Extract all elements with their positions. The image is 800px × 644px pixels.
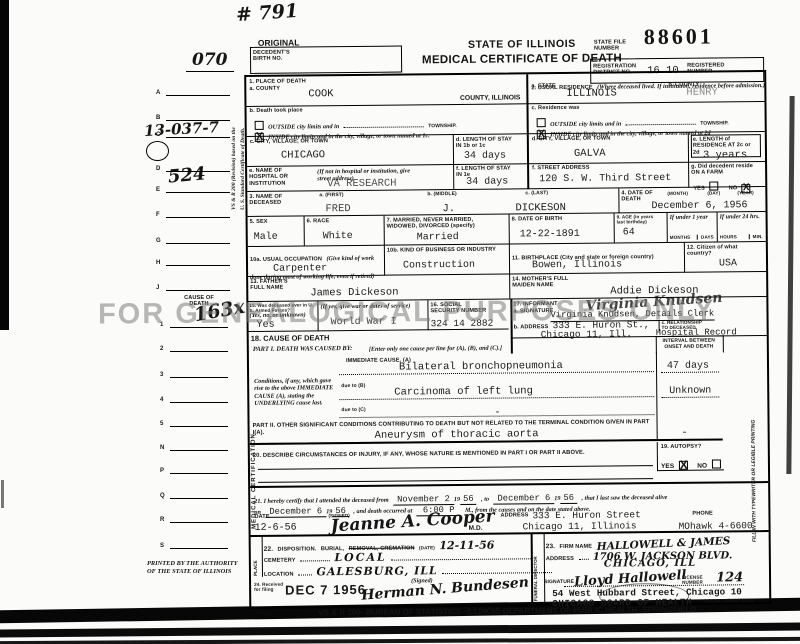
residence-length-value: 3 years [703, 149, 747, 161]
citizen-value: USA [719, 258, 737, 269]
dod-year-label: (YEAR) [737, 190, 753, 195]
field-marital-status: 7. MARRIED, NEVER MARRIED, WIDOWED, DIVO… [385, 214, 510, 245]
due-to-b-label: due to (B) [341, 384, 365, 390]
injury-line-1 [258, 465, 653, 470]
location-dotted [298, 574, 312, 575]
due-c-value: - [494, 408, 500, 419]
field-age-under-24-hrs: If under 24 hrs. HOURS MIN. [718, 212, 766, 242]
margin-line-label: J [156, 285, 159, 291]
dob-label: 8. DATE OF BIRTH [512, 216, 563, 223]
days-label: DAYS [697, 234, 714, 239]
residence-county-value: HENRY [686, 86, 718, 98]
scan-edge-right [786, 96, 794, 474]
sex-value: Male [254, 232, 278, 243]
residence-city-label: d. CITY, VILLAGE, OR TOWN [532, 136, 611, 143]
last-name-label: c. (LAST) [525, 191, 548, 197]
conditions-note: Conditions, if any, which gave rise to t… [254, 377, 334, 408]
middle-name-label: b. (MIDDLE) [427, 192, 456, 198]
margin-line: P [170, 473, 228, 474]
margin-line-label: N [160, 445, 164, 451]
cause-header: 18. CAUSE OF DEATH PART I. DEATH WAS CAU… [249, 329, 509, 355]
field-stay-1b: d. LENGTH OF STAY IN 1b or 1c 34 days [454, 134, 529, 165]
field-age-under-1-year: If under 1 year MONTHS DAYS [668, 212, 718, 242]
first-name-label: a. (FIRST) [319, 193, 343, 199]
citizen-label: 12. Citizen of what country? [687, 244, 747, 257]
hours-label: HOURS [720, 234, 737, 239]
last-name-value: DICKESON [515, 202, 566, 214]
margin-line: B [166, 120, 230, 121]
field-hospital: e. NAME OF HOSPITAL OR INSTITUTION (If n… [247, 165, 454, 192]
race-value: White [323, 231, 353, 242]
field-residence-length: e. LENGTH of RESIDENCE AT 2c or 2d 3 yea… [689, 132, 765, 163]
field-farm: g. Did decedent reside ON A FARM YES NO … [689, 162, 765, 188]
months-label: MONTHS [670, 234, 691, 239]
registrar-section: 24. Received for filing DEC 7 1956 (Sign… [251, 572, 769, 607]
residence-state-value: ILLINOIS [566, 87, 617, 99]
physician-md: M.D. [469, 525, 483, 533]
margin-line-label: P [160, 468, 164, 474]
funeral-address-dotted [578, 559, 588, 560]
field-date-of-birth: 8. DATE OF BIRTH 12-22-1891 [510, 213, 615, 244]
mother-label: 14. MOTHER'S FULL MAIDEN NAME [512, 276, 572, 289]
took-place-label: b. Death took place [250, 107, 303, 114]
autopsy-label: 19. AUTOPSY? [661, 444, 702, 451]
registrar-signature: Herman N. Bundesen [361, 574, 530, 603]
margin-line-label: D [156, 166, 160, 172]
field-citizenship: 12. Citizen of what country? USA [685, 242, 766, 273]
spine-line-1: VS & R 200 (Revision) based on the [231, 60, 238, 210]
autopsy-yes-label: YES [661, 463, 674, 470]
informant-address2: Chicago 11, Ill. [541, 328, 632, 340]
dod-day-label: (DAY) [707, 190, 720, 195]
certify-phone-label: PHONE [692, 511, 712, 518]
margin-line: J [166, 290, 230, 291]
field-residence-was: c. Residence was OUTSIDE city limits and… [528, 102, 764, 134]
field-place-city: c. CITY, VILLAGE, OR TOWN CHICAGO [247, 135, 454, 167]
place-city-label: c. CITY, VILLAGE, OR TOWN [250, 138, 328, 145]
business-value: Construction [403, 260, 475, 272]
date-received-stamp: DEC 7 1956 [285, 582, 366, 598]
place-label: 1. PLACE OF DEATH [249, 78, 306, 85]
immediate-cause-value: Bilateral bronchopneumonia [399, 360, 563, 374]
certify-date-value: 12-6-56 [254, 523, 296, 534]
margin-line: 5 [170, 426, 228, 427]
certify-address-label: ADDRESS [500, 512, 528, 519]
field-usual-residence: 2. USUAL RESIDENCE (Where deceased lived… [528, 72, 764, 104]
race-label: 6. RACE [307, 218, 330, 225]
autopsy-yes-checkbox: X [679, 461, 688, 470]
margin-line: D [166, 171, 230, 172]
disposition-funeral-section: PLACE 22. DISPOSITION. BURIAL, REMOVAL, … [251, 531, 769, 577]
margin-line: 3 [170, 377, 228, 378]
under-24-hrs-label: If under 24 hrs. [720, 213, 764, 221]
interval-header-box: INTERVAL BETWEEN ONSET AND DEATH [656, 335, 724, 353]
printed-by-authority: PRINTED BY THE AUTHORITY OF THE STATE OF… [147, 560, 245, 575]
farm-label: g. Did decedent reside ON A FARM [691, 163, 757, 176]
field-date-of-death: 4. DATE OF DEATH (MONTH) (DAY) (YEAR) De… [619, 187, 765, 213]
stay-1b-value: 34 days [464, 151, 506, 162]
dob-value: 12-22-1891 [520, 229, 580, 241]
margin-line-label: 4 [160, 397, 163, 403]
certify-seg3: , that I last saw the deceased alive [581, 494, 667, 502]
field-street-address: f. STREET ADDRESS 120 S. W. Third Street [529, 163, 689, 190]
margin-line: C [166, 137, 230, 138]
margin-line: 4 [170, 402, 228, 403]
birthplace-value: Bowen, Illinois [532, 259, 622, 271]
decedents-birth-no-box: DECEDENT'S BIRTH NO. [250, 46, 402, 74]
due-to-c-label: due to (C) [341, 408, 365, 414]
state-file-number: 88601 [644, 24, 714, 51]
received-for-filing-block: 24. Received for filing DEC 7 1956 (Sign… [251, 574, 533, 607]
part1-note: [Enter only one cause per line for (A), … [369, 345, 502, 354]
street-value: 120 S. W. Third Street [539, 173, 671, 185]
local-registrar-block: SIGNATURE Lloyd Hallowell LICENSE NUMBER… [544, 572, 769, 604]
township-text: TOWNSHIP. [428, 123, 457, 129]
due-b-interval-value: Unknown [669, 386, 711, 397]
place-county-value: COOK [308, 88, 333, 100]
place-city-value: CHICAGO [281, 149, 325, 161]
place-county-state: COUNTY, ILLINOIS [460, 94, 520, 102]
business-label: 10b. KIND OF BUSINESS OR INDUSTRY [387, 247, 507, 255]
form-table: 1. PLACE OF DEATH a. COUNTY COOK COUNTY,… [244, 70, 771, 609]
margin-line: R [170, 522, 228, 523]
age-label: 9. AGE (in years last birthday) [617, 214, 663, 225]
immediate-interval-value: 47 days [667, 361, 709, 372]
hospital-label: e. NAME OF HOSPITAL OR INSTITUTION [249, 167, 311, 187]
stay-1b-label: d. LENGTH OF STAY IN 1b or 1c [456, 136, 518, 149]
margin-line: F [166, 217, 230, 218]
margin-line-label: A [156, 90, 160, 96]
row-took-place: b. Death took place OUTSIDE city limits … [247, 102, 765, 137]
scan-edge-left-lower [1, 480, 4, 508]
field-business: 10b. KIND OF BUSINESS OR INDUSTRY Constr… [385, 244, 510, 275]
certify-on: December 6 [265, 506, 326, 518]
handwritten-070: 070 [186, 50, 234, 72]
margin-line: H [166, 265, 230, 266]
margin-line-label: Q [160, 493, 165, 499]
scan-band-bottom-3 [0, 637, 800, 644]
interval-header-label: INTERVAL BETWEEN ONSET AND DEATH [659, 338, 719, 350]
margin-line-label: C [156, 132, 160, 138]
autopsy-box: 19. AUTOPSY? YES X NO [657, 441, 724, 471]
margin-line-label: 5 [160, 421, 163, 427]
sex-label: 5. SEX [250, 219, 268, 226]
margin-line-label: E [156, 187, 160, 193]
first-name-value: FRED [325, 203, 350, 215]
funeral-block: 23. FIRM NAME HALLOWELL & JAMES ADDRESS … [544, 531, 769, 574]
margin-line: A [166, 95, 230, 96]
cause-of-death-heading: 18. CAUSE OF DEATH [251, 334, 330, 343]
scan-edge-left [0, 0, 9, 330]
margin-line: Q [170, 498, 228, 499]
marital-value: Married [417, 232, 459, 243]
row-demographics: 5. SEX Male 6. RACE White 7. MARRIED, NE… [248, 212, 766, 247]
autopsy-injury-section: 19. AUTOPSY? YES X NO 20. DESCRIBE CIRCU… [250, 439, 768, 487]
autopsy-no-checkbox [712, 459, 721, 468]
minutes-label: MIN. [749, 234, 763, 239]
disposition-block: 22. DISPOSITION. BURIAL, REMOVAL, CREMAT… [262, 533, 533, 577]
middle-name-value: J. [442, 203, 455, 215]
occupation-label: 10a. USUAL OCCUPATION [250, 256, 322, 263]
marital-label: 7. MARRIED, NEVER MARRIED, WIDOWED, DIVO… [387, 217, 502, 231]
margin-circle-mark [146, 141, 169, 161]
genealogical-watermark: FOR GENEALOGICAL PURPOSES ONLY [98, 294, 800, 332]
state-file-number-label: STATE FILE NUMBER [594, 39, 630, 52]
field-occupation: 10a. USUAL OCCUPATION (Give kind of work… [248, 246, 385, 277]
occupation-value: Carpenter [273, 263, 327, 275]
funeral-address-label: ADDRESS [546, 556, 574, 562]
margin-line: E [166, 192, 230, 193]
field-birthplace: 11. BIRTHPLACE (City and state or foreig… [510, 243, 685, 275]
field-name-of-deceased: 3. NAME OF DECEASED a. (FIRST) FRED b. (… [247, 188, 619, 217]
cause-of-death-section: Conditions, if any, which gave rise to t… [249, 351, 768, 444]
part1-heading: PART I. DEATH WAS CAUSED BY: [253, 345, 353, 354]
decedents-birth-no-label: DECEDENT'S BIRTH NO. [253, 50, 295, 63]
scanned-death-certificate: { "artifacts": { "watermark": "FOR GENEA… [0, 0, 800, 644]
margin-line-label: R [160, 517, 164, 523]
residence-city-value: GALVA [574, 148, 606, 160]
margin-line: N [170, 450, 228, 451]
field-residence-city: d. CITY, VILLAGE, OR TOWN GALVA [529, 133, 689, 165]
row-place-residence: 1. PLACE OF DEATH a. COUNTY COOK COUNTY,… [246, 72, 764, 107]
field-place-of-death: 1. PLACE OF DEATH a. COUNTY COOK COUNTY,… [246, 74, 528, 107]
margin-line-label: G [156, 238, 161, 244]
residence-state-label: a. STATE [531, 83, 556, 90]
place-vertical-label: PLACE [253, 536, 258, 576]
received-label: 24. Received for filing [254, 582, 284, 593]
margin-line-label: 2 [160, 346, 163, 352]
under-1-year-label: If under 1 year [670, 214, 714, 222]
certification-section: 21. I hereby certify that I attended the… [250, 482, 768, 536]
father-label: 13. FATHER'S FULL NAME [250, 278, 300, 291]
age-value: 64 [623, 227, 635, 238]
dod-label: 4. DATE OF DEATH [621, 190, 655, 203]
field-stay-1e: f. LENGTH OF STAY IN 1e 34 days [454, 164, 529, 190]
place-county-label: a. COUNTY [249, 86, 280, 93]
field-race: 6. RACE White [305, 216, 385, 247]
autopsy-options: YES X NO [661, 454, 721, 473]
field-sex: 5. SEX Male [248, 216, 305, 247]
dod-month-label: (MONTH) [667, 191, 688, 196]
field-death-took-place: b. Death took place OUTSIDE city limits … [247, 104, 529, 137]
license-number-value: 124 [716, 570, 743, 585]
field-age: 9. AGE (in years last birthday) 64 [615, 213, 668, 244]
due-b-value: Carcinoma of left lung [394, 385, 533, 398]
row-occupation: 10a. USUAL OCCUPATION (Give kind of work… [248, 242, 766, 277]
margin-line: 2 [170, 351, 228, 352]
margin-line-label: 3 [160, 372, 163, 378]
injury-label: 20. DESCRIBE CIRCUMSTANCES OF INJURY, IF… [253, 449, 645, 459]
autopsy-no-label: NO [697, 463, 707, 470]
stay-1e-value: 34 days [466, 176, 508, 187]
row-city: c. CITY, VILLAGE, OR TOWN CHICAGO d. LEN… [247, 132, 765, 167]
margin-line: G [166, 243, 230, 244]
hospital-value: VA RESEARCH [327, 178, 396, 191]
margin-line-label: B [156, 115, 160, 121]
margin-line: S [170, 548, 228, 549]
margin-line-label: F [156, 212, 160, 218]
dod-value: December 6, 1956 [651, 200, 747, 212]
street-label: f. STREET ADDRESS [532, 165, 589, 172]
name-label: 3. NAME OF DECEASED [249, 193, 307, 206]
margin-line-label: S [160, 543, 164, 549]
part2-interval-value: - [682, 428, 688, 439]
residence-was-label: c. Residence was [531, 105, 579, 112]
margin-line-label: H [156, 260, 160, 266]
handwritten-524: 524 [167, 163, 206, 187]
